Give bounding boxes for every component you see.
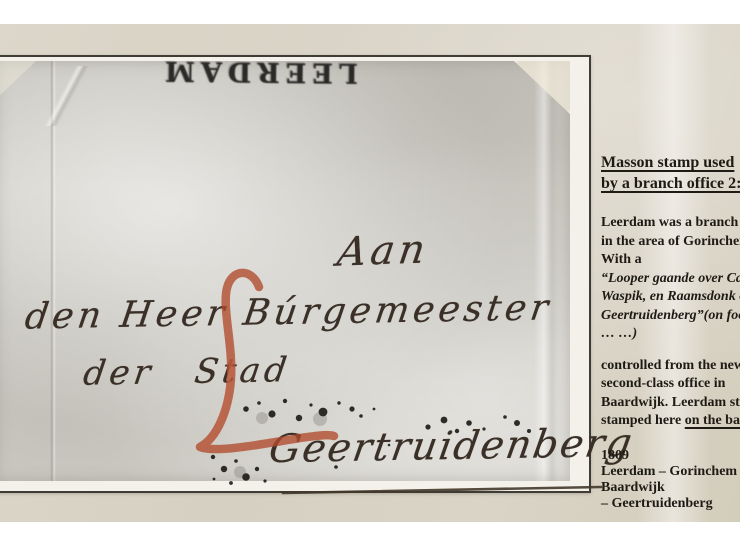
route-line: Baardwijk xyxy=(601,480,740,496)
caption-column: Masson stamp used by a branch office 2: … xyxy=(601,152,740,512)
caption-quote-line: … …) xyxy=(601,325,740,344)
caption-quote-line: Geertruidenberg”(on foo xyxy=(601,307,740,326)
photo-postal-history-album-page: { "album": { "paper_color": "#d8d2c4", "… xyxy=(0,0,740,557)
caption-text-line: in the area of Gorinchem xyxy=(601,233,740,252)
leerdam-postmark: LEERDAM xyxy=(180,55,358,88)
route-line: – Geertruidenberg xyxy=(601,496,740,512)
route-line: Leerdam – Gorinchem xyxy=(601,464,740,480)
address-line-der-stad: der Stad xyxy=(81,350,293,394)
caption-quote-line: “Looper gaande over Ca xyxy=(601,270,740,289)
caption-heading-line2: by a branch office 2: xyxy=(601,173,740,194)
address-line-aan: Aan xyxy=(334,226,432,275)
caption-underlined-span: on the back xyxy=(685,413,740,428)
caption-paragraph-1: Leerdam was a branch of in the area of G… xyxy=(601,214,740,270)
caption-route-listing: 1809 Leerdam – Gorinchem Baardwijk – Gee… xyxy=(601,448,740,512)
caption-text-line: Leerdam was a branch of xyxy=(601,214,740,233)
caption-text-line: With a xyxy=(601,251,740,270)
caption-heading: Masson stamp used by a branch office 2: xyxy=(601,152,740,194)
paper-crease xyxy=(6,66,126,126)
caption-paragraph-2: controlled from the new second-class off… xyxy=(601,357,740,431)
address-line-geertruidenberg: Geertruidenberg xyxy=(266,421,637,472)
caption-quote: “Looper gaande over Ca Waspik, en Raamsd… xyxy=(601,270,740,344)
route-year: 1809 xyxy=(601,448,740,464)
caption-heading-line1: Masson stamp used xyxy=(601,152,740,173)
caption-text-span: stamped here xyxy=(601,413,685,428)
caption-text-line: Baardwijk. Leerdam still xyxy=(601,394,740,413)
caption-text-line: controlled from the new xyxy=(601,357,740,376)
caption-text-line: second-class office in xyxy=(601,375,740,394)
caption-quote-line: Waspik, en Raamsdonk o xyxy=(601,288,740,307)
caption-text-line: stamped here on the back xyxy=(601,412,740,431)
